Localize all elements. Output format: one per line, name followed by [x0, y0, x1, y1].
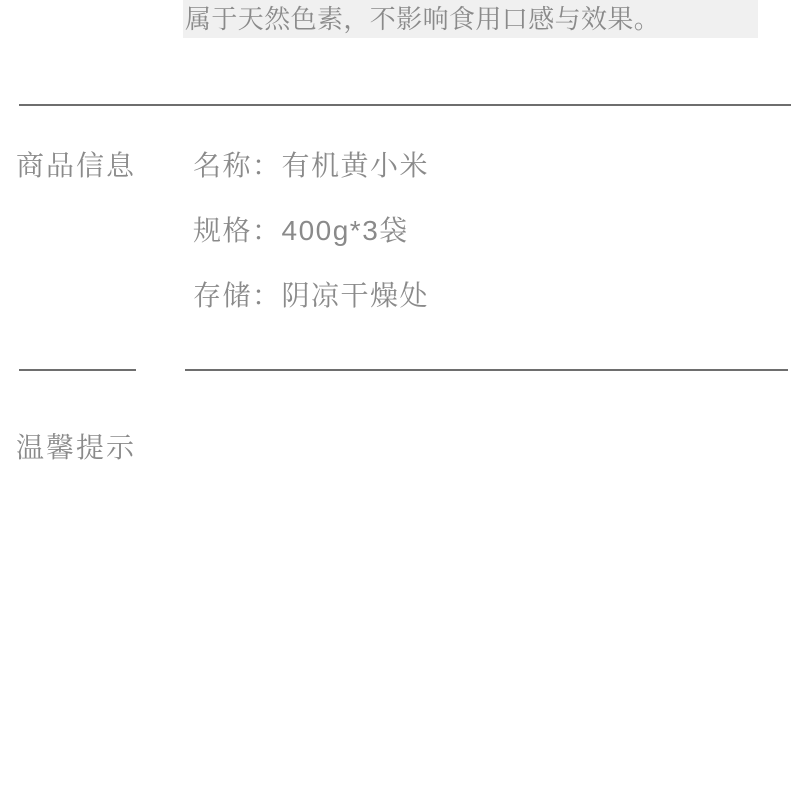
- product-info-row-name: 名称：有机黄小米: [193, 152, 429, 180]
- tips-section-label: 温馨提示: [16, 434, 136, 462]
- row-value: 阴凉干燥处: [282, 280, 430, 311]
- top-divider: [19, 104, 791, 106]
- row-label: 规格：: [193, 215, 282, 246]
- section-divider-left-segment: [19, 369, 136, 371]
- row-label: 名称：: [193, 150, 282, 181]
- product-detail-panel: 商品信息 名称：有机黄小米 规格：400g*3袋 存储：阴凉干燥处 温馨提示 杂…: [0, 0, 800, 800]
- row-label: 存储：: [193, 280, 282, 311]
- row-value: 有机黄小米: [282, 150, 430, 181]
- product-info-row-storage: 存储：阴凉干燥处: [193, 282, 429, 310]
- product-info-section-label: 商品信息: [16, 152, 136, 180]
- row-value: 400g*3袋: [282, 215, 409, 246]
- tip-line-4: 属于天然色素，不影响食用口感与效果。: [183, 0, 758, 38]
- product-info-row-spec: 规格：400g*3袋: [193, 217, 409, 245]
- section-divider-right-segment: [185, 369, 788, 371]
